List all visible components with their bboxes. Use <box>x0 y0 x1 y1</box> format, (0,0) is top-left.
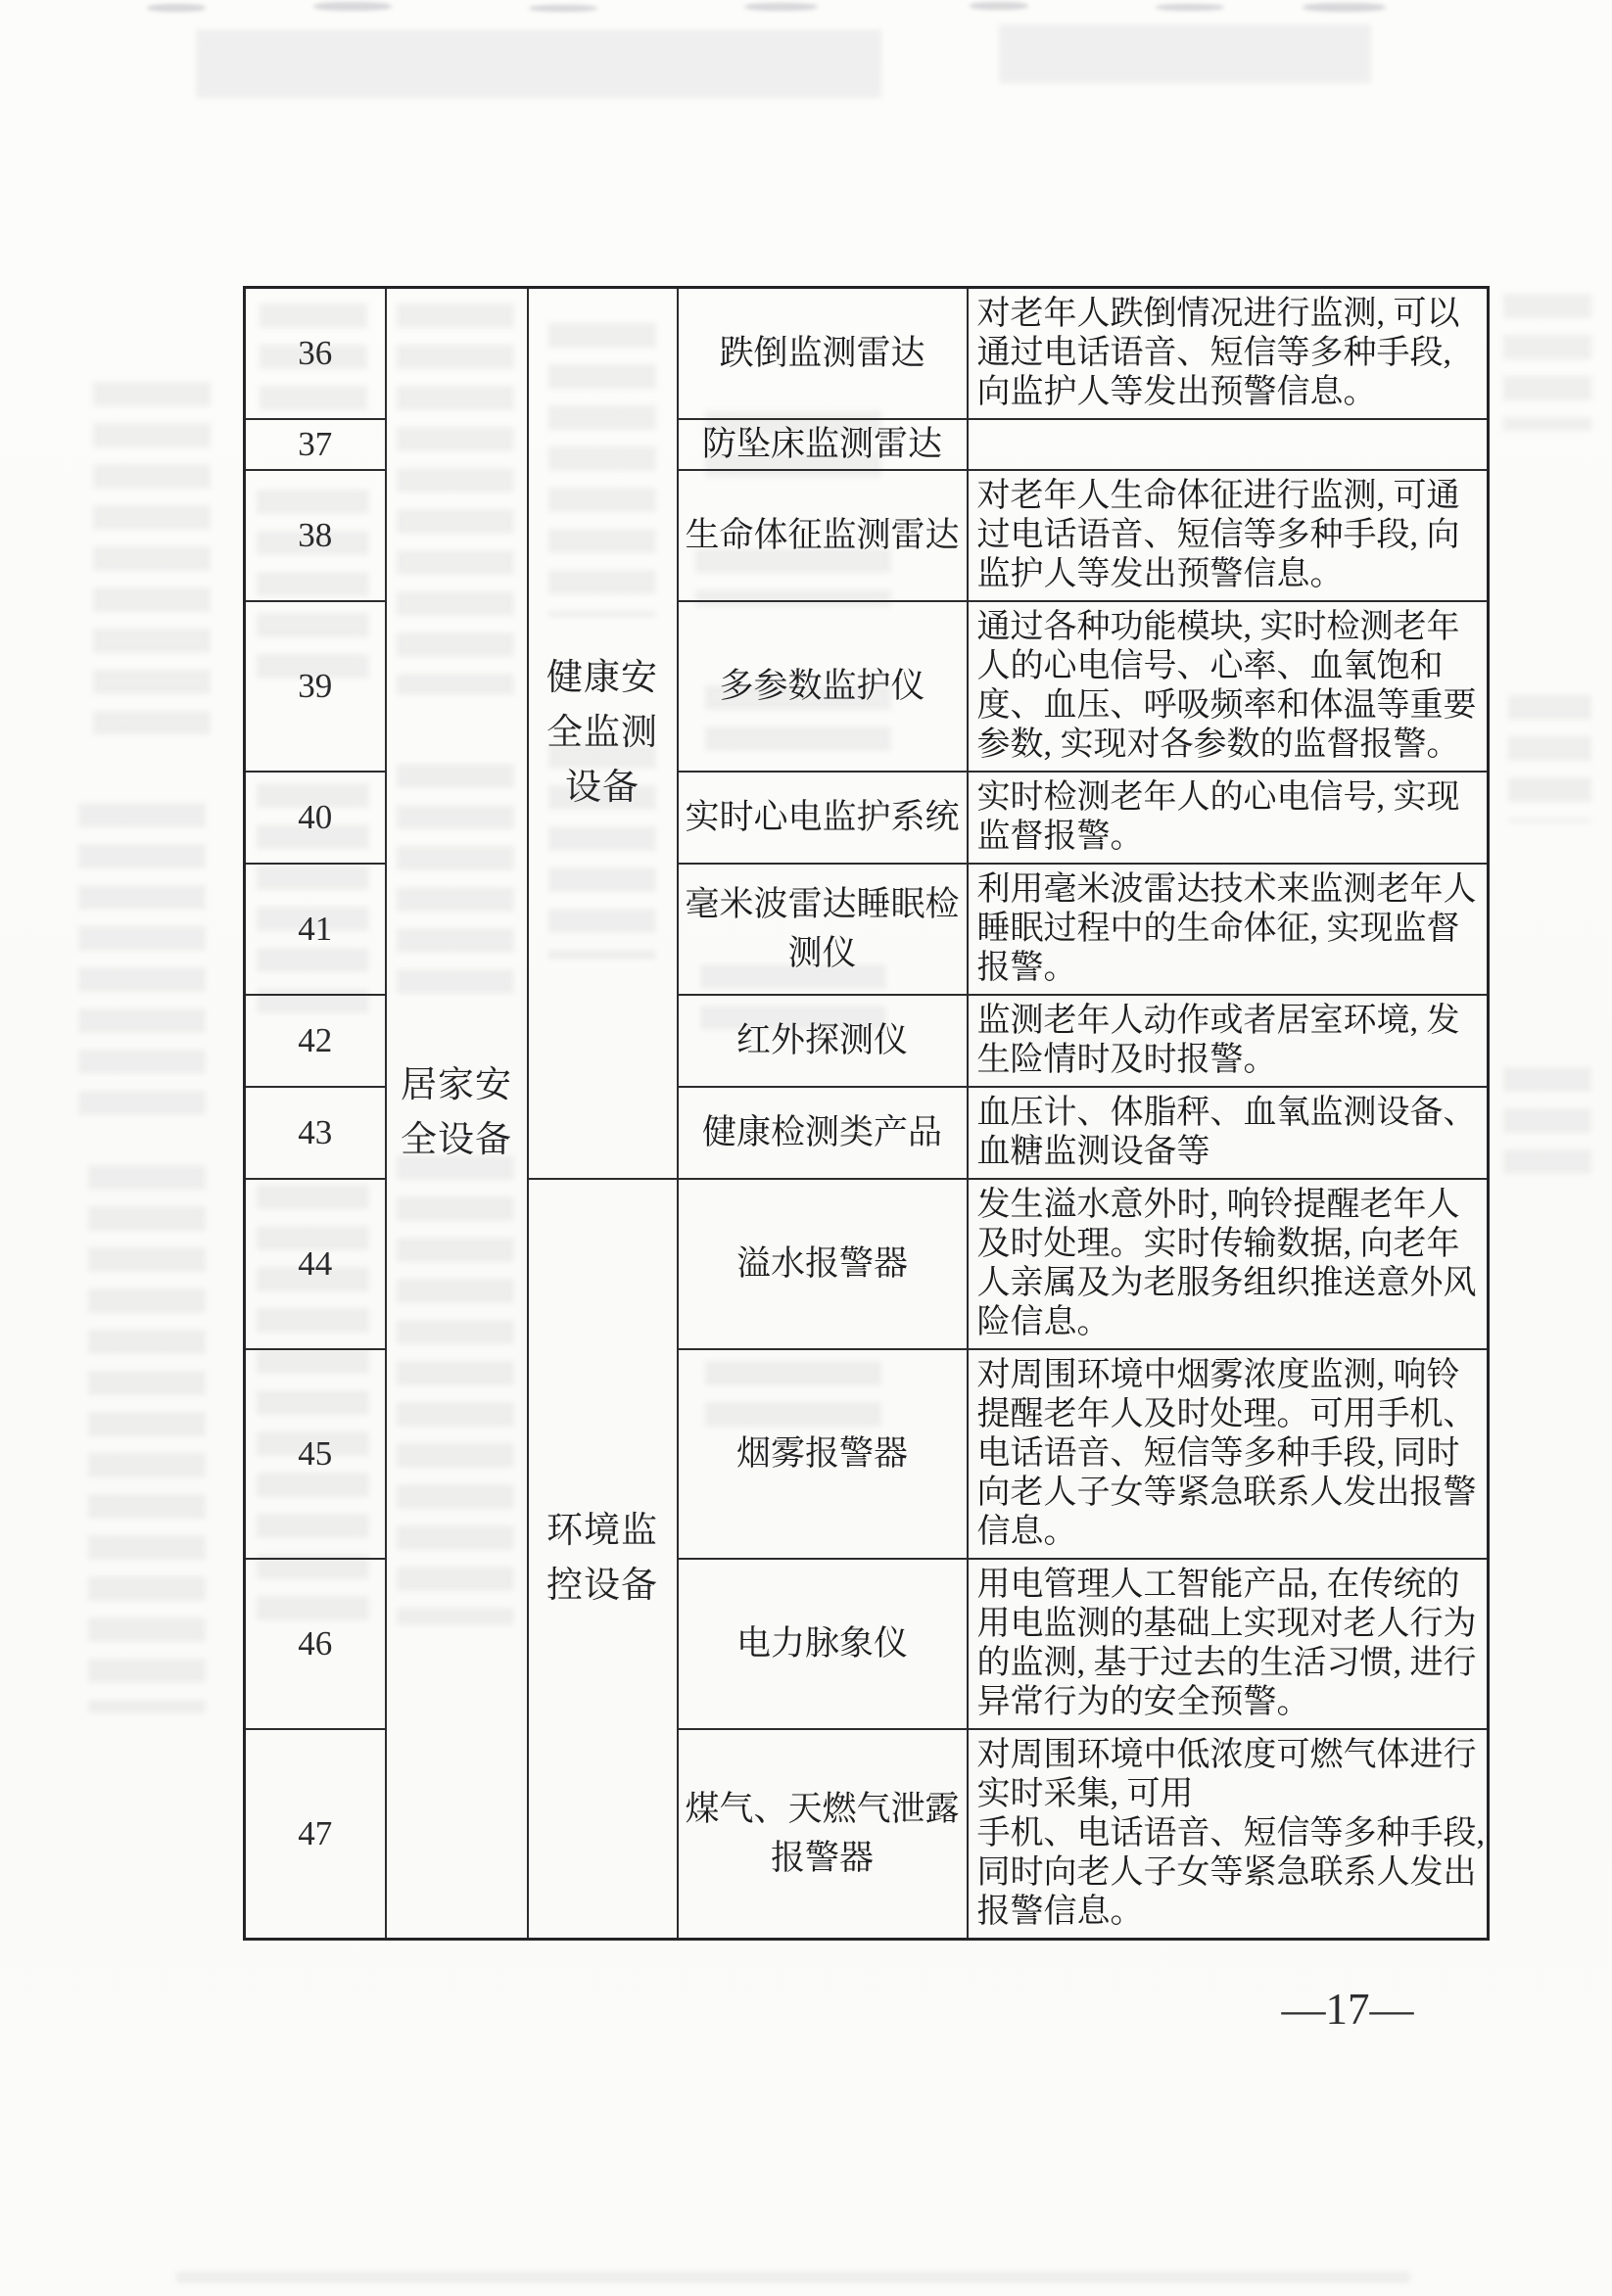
row-number-cell: 36 <box>245 288 386 420</box>
row-number-cell: 42 <box>245 995 386 1087</box>
description-cell: 血压计、体脂秤、血氧监测设备、血糖监测设备等 <box>968 1087 1489 1179</box>
device-name-cell: 烟雾报警器 <box>678 1349 968 1559</box>
row-number-cell: 41 <box>245 864 386 995</box>
scan-edge-artifact <box>147 4 206 12</box>
scan-edge-artifact <box>529 5 597 12</box>
device-name-cell: 健康检测类产品 <box>678 1087 968 1179</box>
description-cell: 利用毫米波雷达技术来监测老年人睡眠过程中的生命体征, 实现监督报警。 <box>968 864 1489 995</box>
device-name-cell: 实时心电监护系统 <box>678 772 968 864</box>
description-cell <box>968 419 1489 470</box>
row-number-cell: 37 <box>245 419 386 470</box>
row-number-cell: 38 <box>245 470 386 601</box>
subcategory-cell: 健康安全监测设备 <box>528 288 678 1180</box>
row-number-cell: 40 <box>245 772 386 864</box>
scan-edge-artifact <box>313 2 392 11</box>
bleedthrough-artifact <box>1503 1067 1591 1185</box>
description-cell: 对老年人跌倒情况进行监测, 可以通过电话语音、短信等多种手段, 向监护人等发出预… <box>968 288 1489 420</box>
subcategory-label: 环境监控设备 <box>545 1504 660 1614</box>
description-cell: 对老年人生命体征进行监测, 可通过电话语音、短信等多种手段, 向监护人等发出预警… <box>968 470 1489 601</box>
row-number-cell: 46 <box>245 1559 386 1729</box>
description-cell: 对周围环境中低浓度可燃气体进行实时采集, 可用 手机、电话语音、短信等多种手段,… <box>968 1729 1489 1940</box>
subcategory-label: 健康安全监测设备 <box>545 651 660 816</box>
device-name-cell: 溢水报警器 <box>678 1179 968 1349</box>
row-number-cell: 44 <box>245 1179 386 1349</box>
description-cell: 用电管理人工智能产品, 在传统的用电监测的基础上实现对老人行为的监测, 基于过去… <box>968 1559 1489 1729</box>
scan-edge-artifact <box>744 3 818 11</box>
bleedthrough-artifact <box>78 803 206 1126</box>
scan-edge-artifact <box>1156 4 1224 11</box>
bleedthrough-artifact <box>1503 294 1591 431</box>
scan-edge-artifact <box>176 2272 1410 2283</box>
device-name-cell: 电力脉象仪 <box>678 1559 968 1729</box>
category-cell: 居家安全设备 <box>386 288 528 1940</box>
scan-edge-artifact <box>999 24 1371 83</box>
bleedthrough-artifact <box>88 1165 206 1713</box>
device-name-cell: 跌倒监测雷达 <box>678 288 968 420</box>
description-cell: 发生溢水意外时, 响铃提醒老年人及时处理。实时传输数据, 向老年人亲属及为老服务… <box>968 1179 1489 1349</box>
device-name-cell: 防坠床监测雷达 <box>678 419 968 470</box>
device-name-cell: 多参数监护仪 <box>678 601 968 772</box>
device-table: 36 居家安全设备 健康安全监测设备 跌倒监测雷达 对老年人跌倒情况进行监测, … <box>243 286 1490 1941</box>
description-cell: 对周围环境中烟雾浓度监测, 响铃提醒老年人及时处理。可用手机、电话语音、短信等多… <box>968 1349 1489 1559</box>
description-cell: 实时检测老年人的心电信号, 实现监督报警。 <box>968 772 1489 864</box>
scanned-document-page: 36 居家安全设备 健康安全监测设备 跌倒监测雷达 对老年人跌倒情况进行监测, … <box>0 0 1612 2296</box>
table-row: 36 居家安全设备 健康安全监测设备 跌倒监测雷达 对老年人跌倒情况进行监测, … <box>245 288 1489 420</box>
scan-edge-artifact <box>1303 3 1386 12</box>
row-number-cell: 45 <box>245 1349 386 1559</box>
description-cell: 监测老年人动作或者居室环境, 发生险情时及时报警。 <box>968 995 1489 1087</box>
device-name-cell: 煤气、天燃气泄露报警器 <box>678 1729 968 1940</box>
row-number-cell: 43 <box>245 1087 386 1179</box>
subcategory-cell: 环境监控设备 <box>528 1179 678 1940</box>
device-name-cell: 生命体征监测雷达 <box>678 470 968 601</box>
row-number-cell: 47 <box>245 1729 386 1940</box>
page-number: —17— <box>1279 1984 1416 2035</box>
device-name-cell: 毫米波雷达睡眠检测仪 <box>678 864 968 995</box>
bleedthrough-artifact <box>1508 695 1591 822</box>
device-name-cell: 红外探测仪 <box>678 995 968 1087</box>
scan-edge-artifact <box>196 29 881 98</box>
row-number-cell: 39 <box>245 601 386 772</box>
category-label: 居家安全设备 <box>400 1058 514 1168</box>
description-cell: 通过各种功能模块, 实时检测老年人的心电信号、心率、血氧饱和度、血压、呼吸频率和… <box>968 601 1489 772</box>
bleedthrough-artifact <box>93 382 211 734</box>
scan-edge-artifact <box>970 2 1028 10</box>
